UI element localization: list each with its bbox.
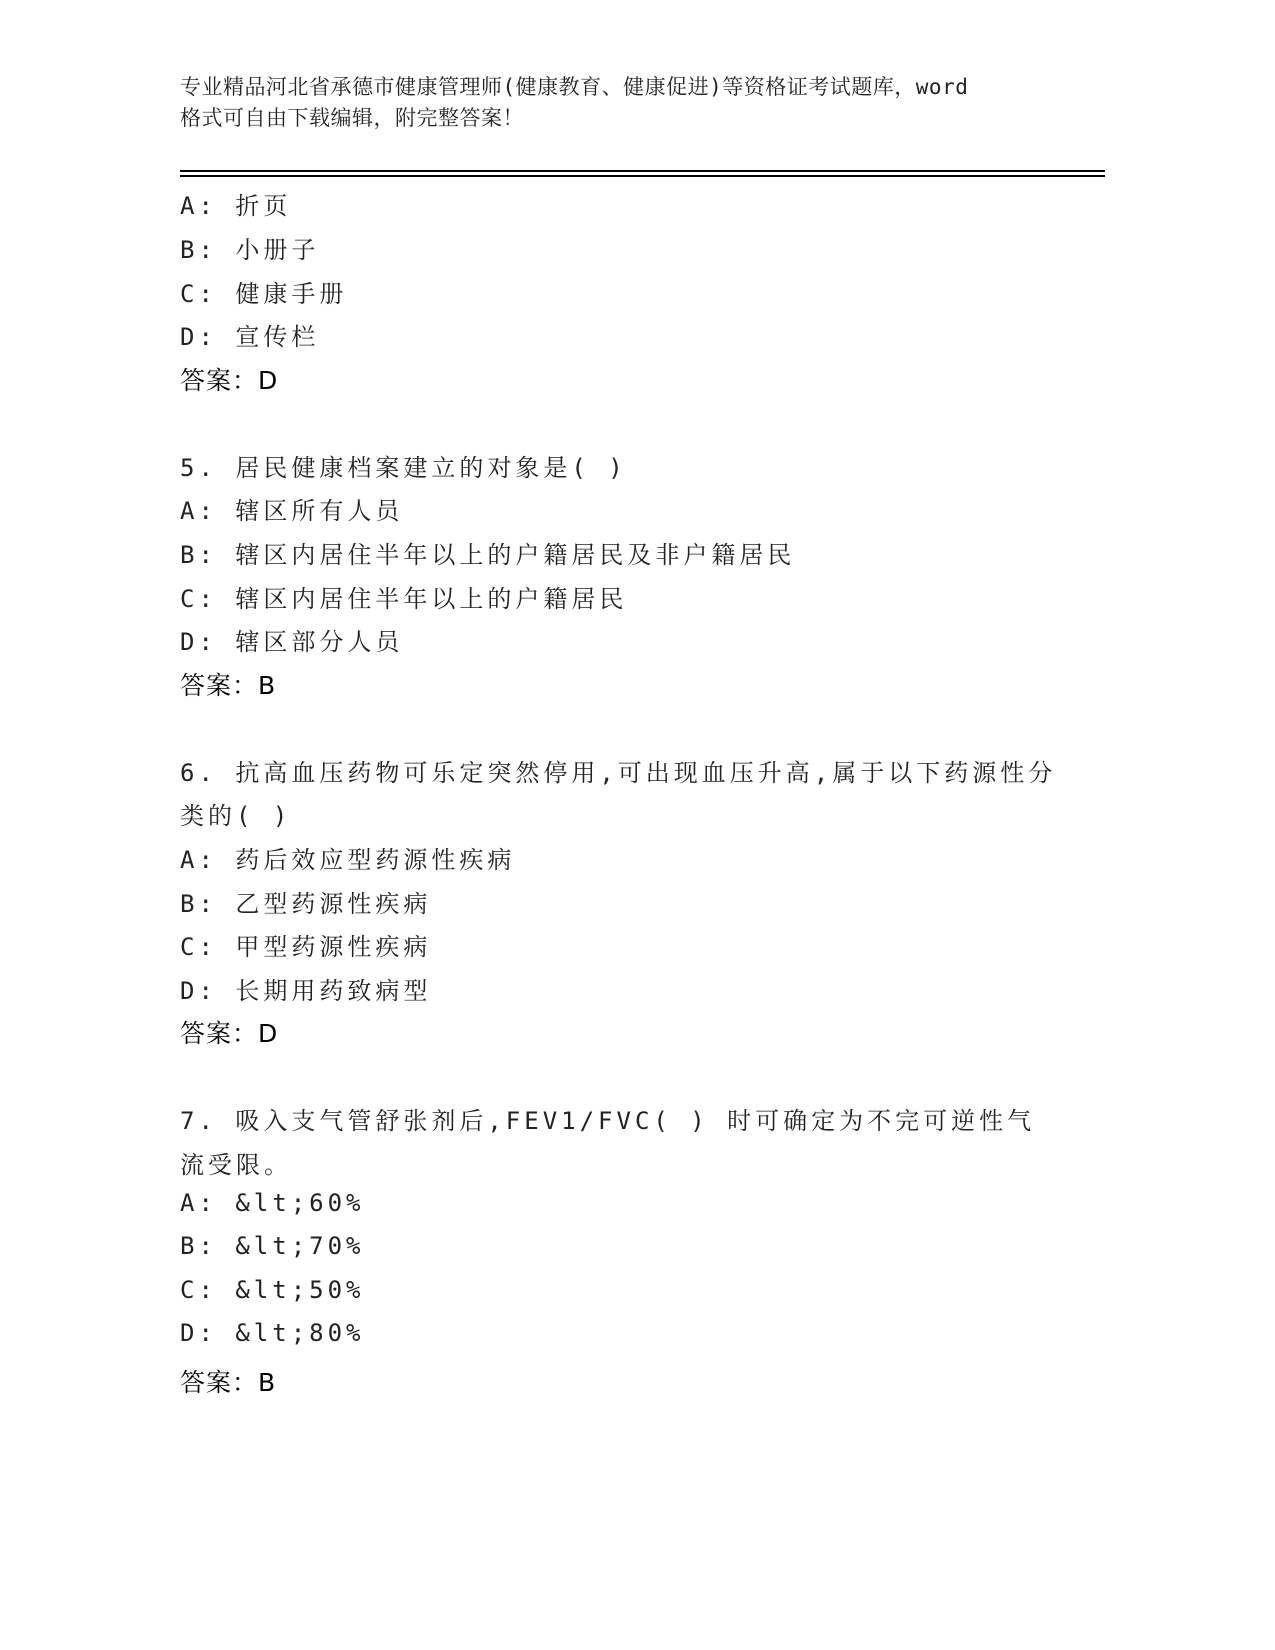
document-header: 专业精品河北省承德市健康管理师(健康教育、健康促进)等资格证考试题库，word … — [180, 72, 1060, 134]
q7-option-d: D: &lt;80% — [180, 1319, 365, 1347]
q7-stem-line-2: 流受限。 — [180, 1145, 292, 1180]
q4-option-d: D: 宣传栏 — [180, 317, 319, 352]
header-rule-bottom — [180, 175, 1105, 177]
q4-option-b: B: 小册子 — [180, 230, 319, 265]
header-line-1: 专业精品河北省承德市健康管理师(健康教育、健康促进)等资格证考试题库，word — [180, 72, 1060, 103]
q4-answer: 答案：D — [180, 361, 278, 397]
q5-option-d: D: 辖区部分人员 — [180, 622, 403, 657]
q6-option-b: B: 乙型药源性疾病 — [180, 884, 431, 919]
q5-option-c: C: 辖区内居住半年以上的户籍居民 — [180, 579, 627, 614]
q7-option-a: A: &lt;60% — [180, 1189, 365, 1217]
q7-stem-line-1: 7. 吸入支气管舒张剂后,FEV1/FVC( ) 时可确定为不完可逆性气 — [180, 1101, 1035, 1136]
q4-option-a: A: 折页 — [180, 186, 291, 221]
q7-option-c: C: &lt;50% — [180, 1276, 365, 1304]
q6-option-d: D: 长期用药致病型 — [180, 971, 431, 1006]
q6-stem-line-1: 6. 抗高血压药物可乐定突然停用,可出现血压升高,属于以下药源性分 — [180, 753, 1056, 788]
q5-option-a: A: 辖区所有人员 — [180, 491, 403, 526]
q5-option-b: B: 辖区内居住半年以上的户籍居民及非户籍居民 — [180, 535, 795, 570]
q6-option-c: C: 甲型药源性疾病 — [180, 927, 431, 962]
q5-answer: 答案：B — [180, 666, 276, 702]
q6-stem-line-2: 类的( ) — [180, 796, 291, 831]
header-rule-top — [180, 170, 1105, 172]
q4-option-c: C: 健康手册 — [180, 274, 347, 309]
q7-option-b: B: &lt;70% — [180, 1232, 365, 1260]
header-line-2: 格式可自由下载编辑，附完整答案！ — [180, 103, 1060, 134]
q5-stem: 5. 居民健康档案建立的对象是( ) — [180, 448, 627, 483]
q6-option-a: A: 药后效应型药源性疾病 — [180, 840, 515, 875]
q7-answer: 答案：B — [180, 1363, 276, 1399]
q6-answer: 答案：D — [180, 1014, 278, 1050]
